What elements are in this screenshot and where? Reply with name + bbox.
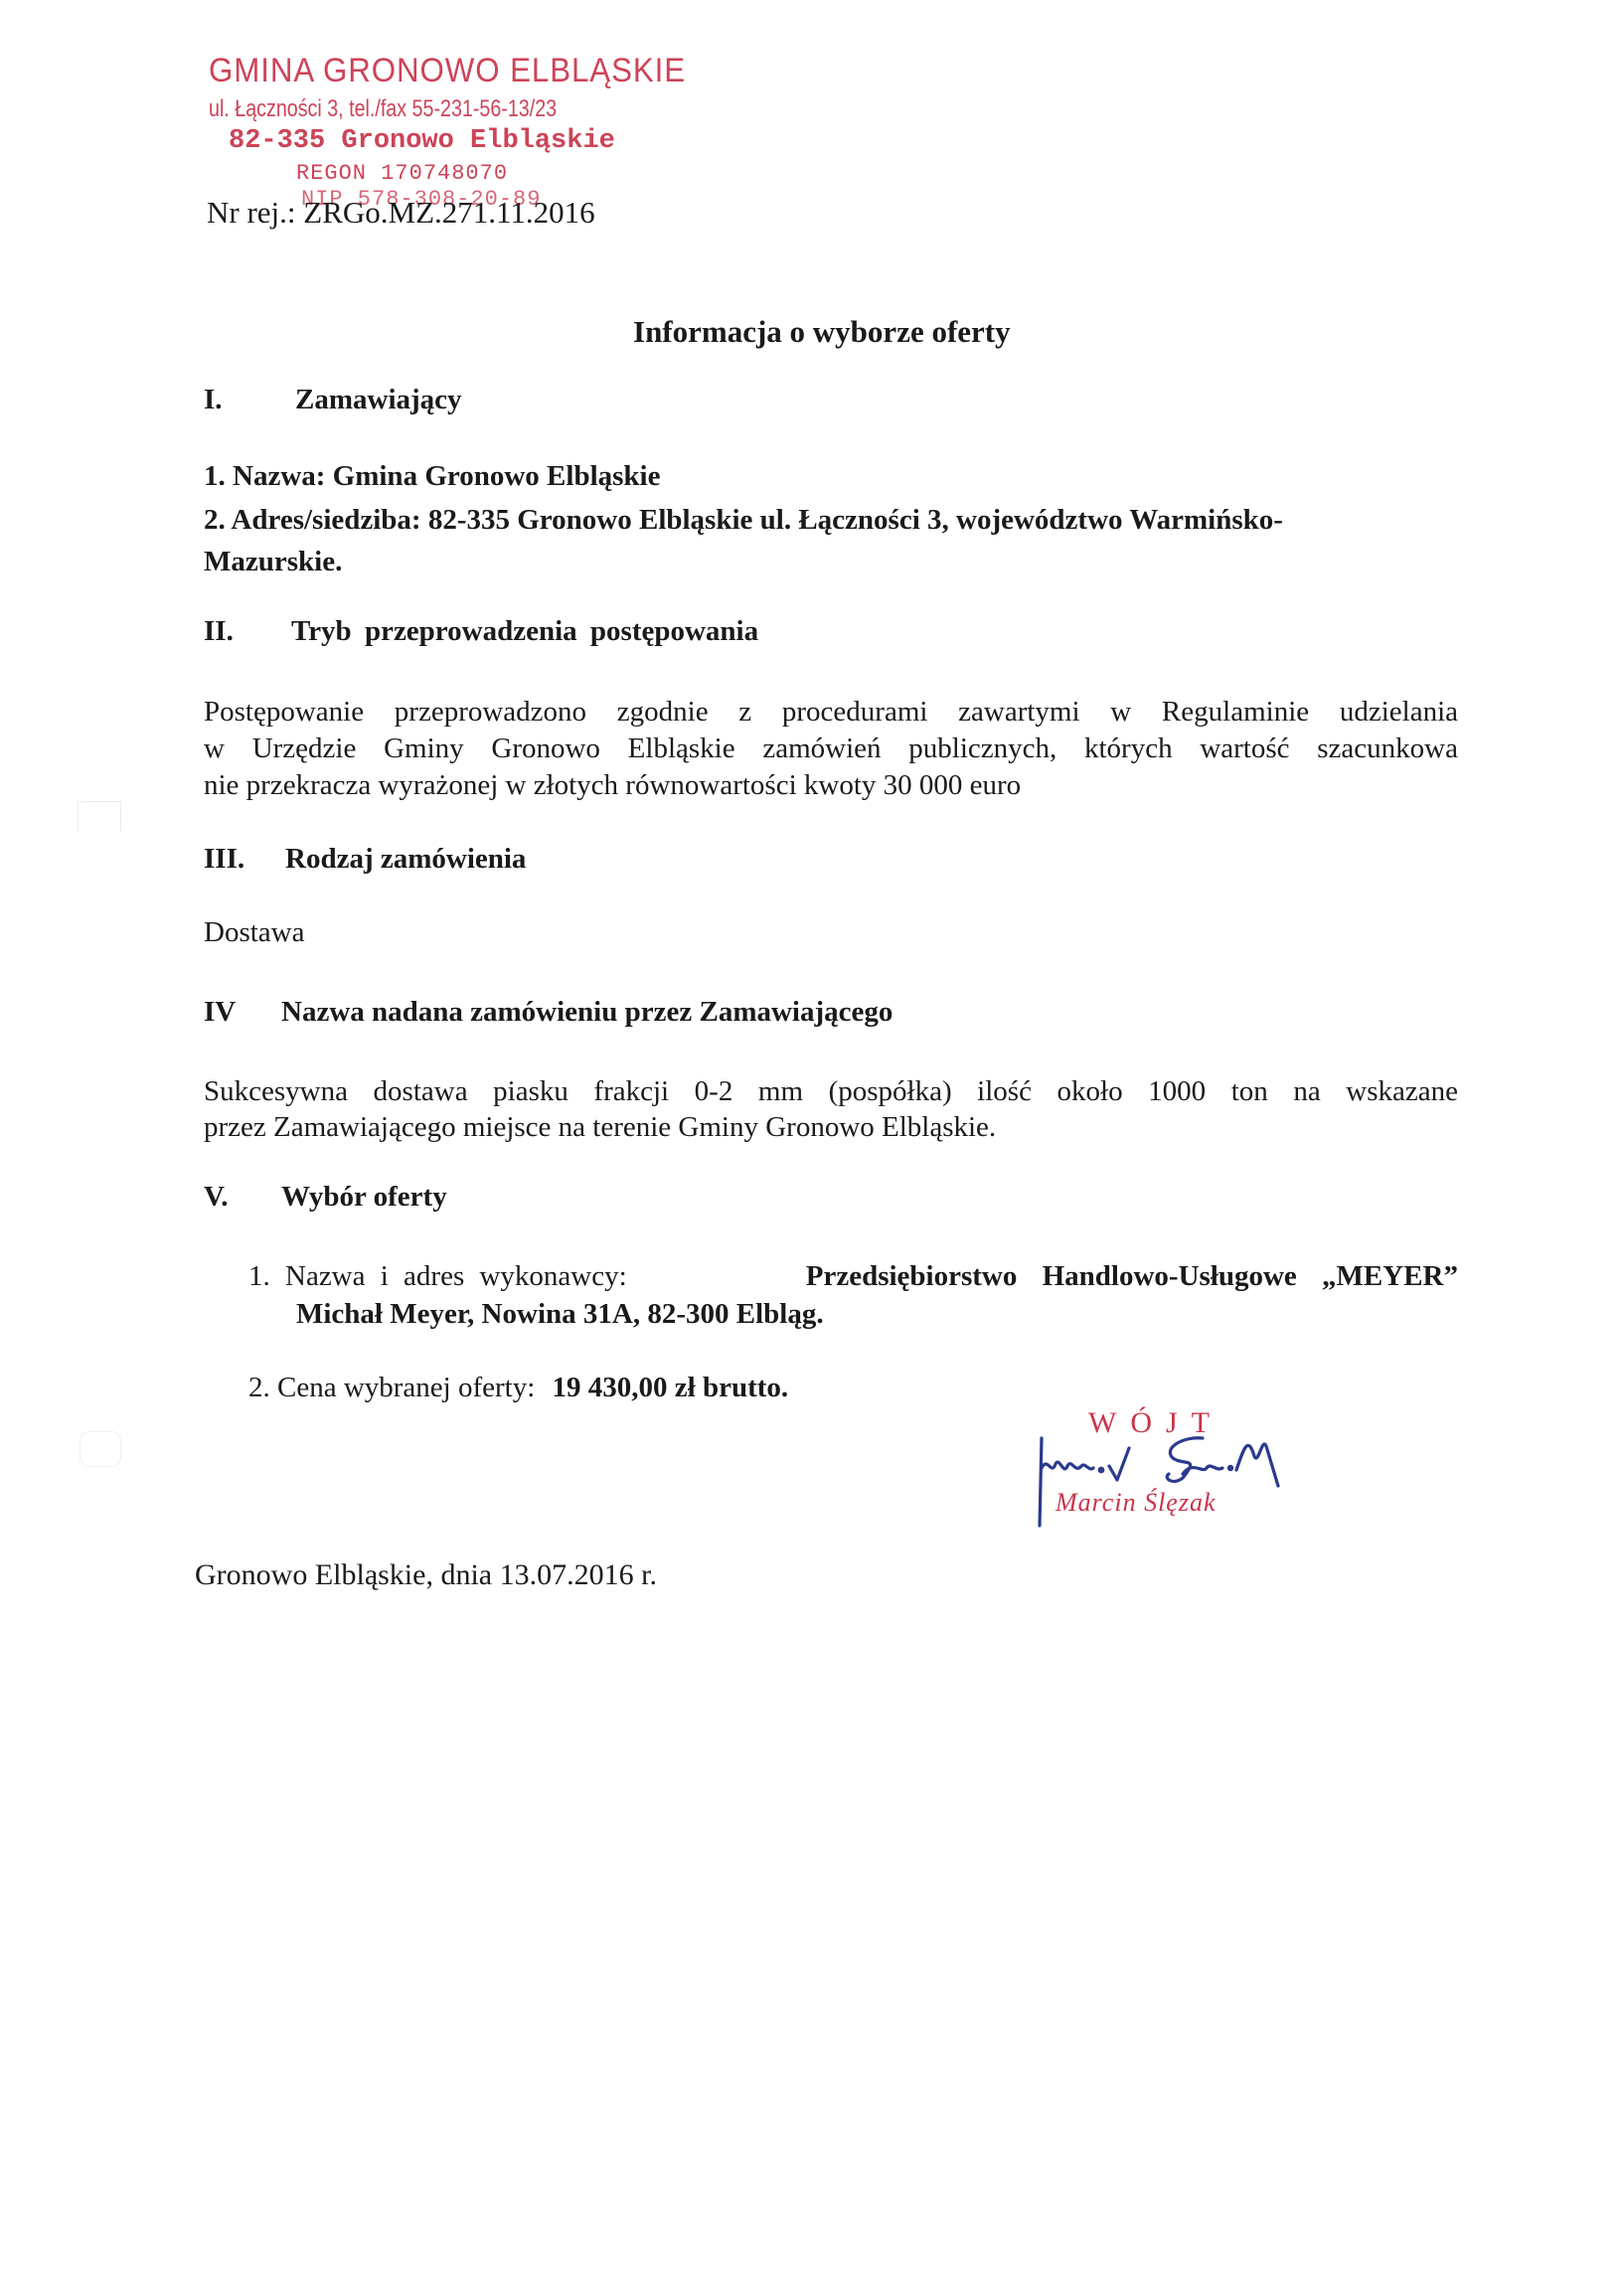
section-2-label: Tryb przeprowadzenia postępowania [291,615,758,648]
place-and-date: Gronowo Elbląskie, dnia 13.07.2016 r. [195,1558,657,1592]
section-5-label: Wybór oferty [281,1181,447,1214]
section-3-number: III. [204,843,285,876]
stamp-postal-city: 82-335 Gronowo Elbląskie [229,126,615,156]
section-3-label: Rodzaj zamówienia [285,843,526,876]
section-2-text-line: nie przekracza wyrażonej w złotych równo… [204,769,1021,802]
handwritten-signature-icon [1034,1426,1312,1536]
stamp-regon: REGON 170748070 [296,161,508,186]
section-1-item-address: 2. Adres/siedziba: 82-335 Gronowo Elbląs… [204,504,1283,537]
stamp-municipality-name: GMINA GRONOWO ELBLĄSKIE [209,52,686,90]
section-1-item-address-cont: Mazurskie. [204,546,342,578]
section-4-text-line: przez Zamawiającego miejsce na terenie G… [204,1111,996,1144]
section-5-contractor: 1. Nazwa i adres wykonawcy: Przedsiębior… [248,1260,1458,1293]
scan-artifact [78,801,121,832]
section-5-contractor-address: Michał Meyer, Nowina 31A, 82-300 Elbląg. [296,1298,824,1331]
section-1-number: I. [204,384,295,416]
section-1-item-name: 1. Nazwa: Gmina Gronowo Elbląskie [204,460,660,493]
section-4-text-line: Sukcesywna dostawa piasku frakcji 0-2 mm… [204,1075,1458,1108]
section-5-price: 2. Cena wybranej oferty: 19 430,00 zł br… [248,1372,788,1404]
section-2-heading: II.Tryb przeprowadzenia postępowania [204,615,758,648]
section-3-text: Dostawa [204,916,304,949]
section-4-heading: IVNazwa nadana zamówieniu przez Zamawiaj… [204,996,893,1029]
scan-artifact [80,1431,121,1467]
section-5-number: V. [204,1181,281,1214]
signature-block: WÓJT Marcin Ślęzak [1034,1406,1312,1526]
section-5-heading: V.Wybór oferty [204,1181,447,1214]
section-5-price-value: 19 430,00 zł brutto. [553,1372,789,1403]
section-5-contractor-name: Przedsiębiorstwo Handlowo-Usługowe „MEYE… [806,1260,1458,1293]
document-title: Informacja o wyborze oferty [633,314,1011,350]
section-3-heading: III.Rodzaj zamówienia [204,843,526,876]
section-2-text-line: w Urzędzie Gminy Gronowo Elbląskie zamów… [204,733,1458,765]
signatory-name: Marcin Ślęzak [1056,1488,1217,1518]
section-5-contractor-prefix: 1. Nazwa i adres wykonawcy: [248,1260,627,1293]
section-1-label: Zamawiający [295,384,462,416]
section-4-label: Nazwa nadana zamówieniu przez Zamawiając… [281,996,893,1029]
section-1-heading: I.Zamawiający [204,384,462,416]
section-5-price-prefix: 2. Cena wybranej oferty: [248,1372,535,1403]
document-page: GMINA GRONOWO ELBLĄSKIE ul. Łączności 3,… [0,0,1624,2280]
section-2-text-line: Postępowanie przeprowadzono zgodnie z pr… [204,696,1458,729]
section-2-number: II. [204,615,291,648]
stamp-address-phone: ul. Łączności 3, tel./fax 55-231-56-13/2… [209,95,557,123]
registry-number: Nr rej.: ZRGo.MZ.271.11.2016 [207,195,595,231]
section-4-number: IV [204,996,281,1029]
